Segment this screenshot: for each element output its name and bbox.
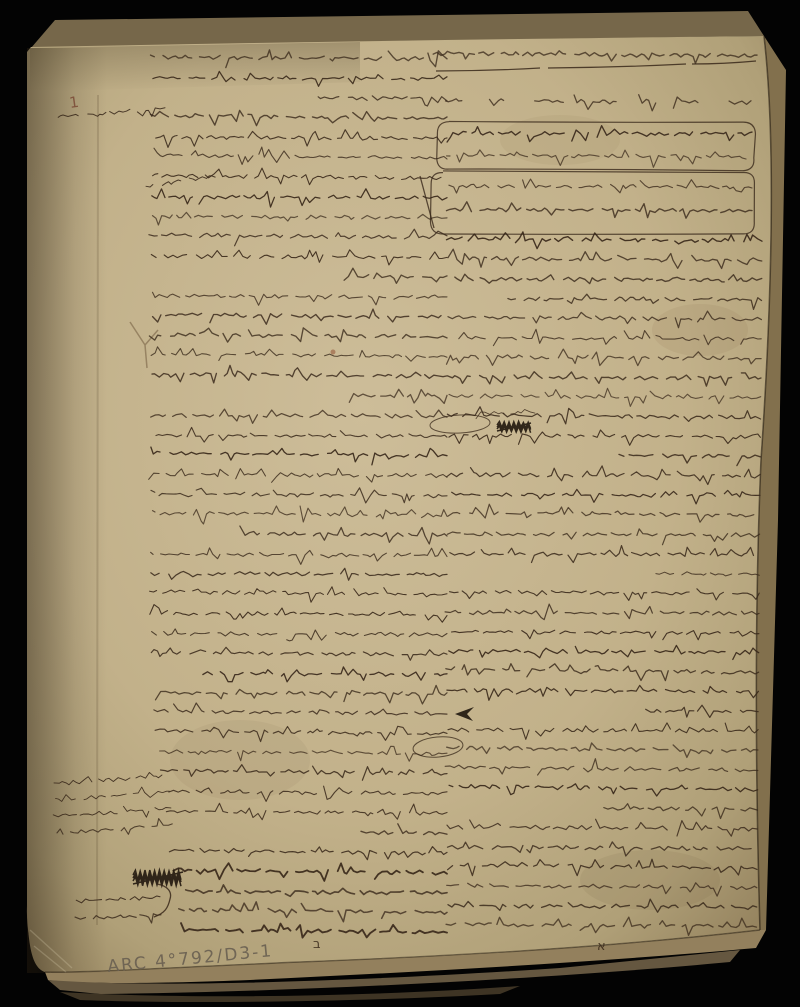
foxing-dot <box>331 350 336 355</box>
manuscript-page <box>27 36 771 972</box>
quire-letter-right: א <box>597 939 606 954</box>
stain <box>652 304 748 356</box>
scan-canvas: 1 ARC 4°792/D3-1 ב א <box>0 0 800 1007</box>
gutter-shadow <box>27 48 107 973</box>
quire-letter-left: ב <box>313 937 321 952</box>
vertical-crease <box>97 95 98 925</box>
manuscript-photo: 1 ARC 4°792/D3-1 ב א <box>0 0 800 1007</box>
